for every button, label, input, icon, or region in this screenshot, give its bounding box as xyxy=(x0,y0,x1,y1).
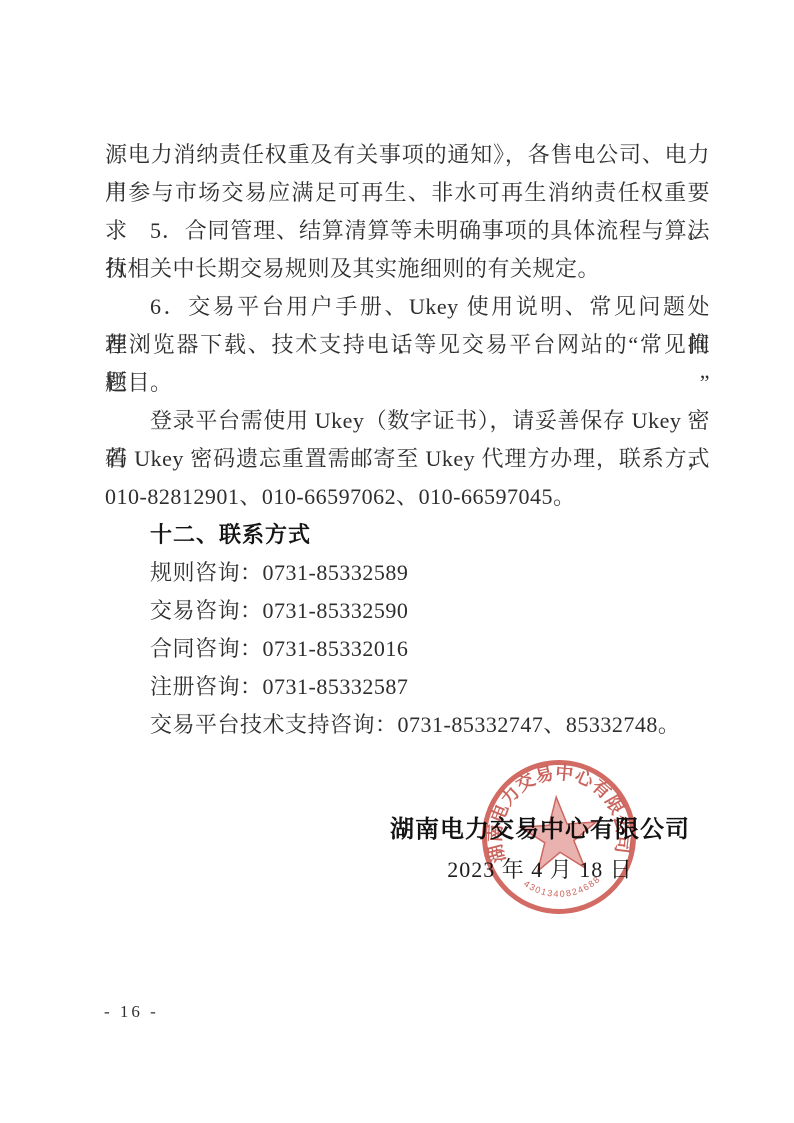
contact-line-contract: 合同咨询：0731-85332016 xyxy=(105,630,710,668)
body-line: 010-82812901、010-66597062、010-66597045。 xyxy=(105,478,710,516)
body-line: 源电力消纳责任权重及有关事项的通知》，各售电公司、电力用 xyxy=(105,136,710,174)
contact-line-register: 注册咨询：0731-85332587 xyxy=(105,668,710,706)
body-line: 5．合同管理、结算清算等未明确事项的具体流程与算法执 xyxy=(105,212,710,250)
document-body: 源电力消纳责任权重及有关事项的通知》，各售电公司、电力用 户参与市场交易应满足可… xyxy=(105,136,710,744)
body-line: 荐浏览器下载、技术支持电话等见交易平台网站的“常见问题” xyxy=(105,326,710,364)
company-seal-stamp: 湖南电力交易中心有限公司 4301340824688 xyxy=(468,746,649,927)
body-line: 户参与市场交易应满足可再生、非水可再生消纳责任权重要求。 xyxy=(105,174,710,212)
body-line: 6．交易平台用户手册、Ukey 使用说明、常见问题处理、推 xyxy=(105,288,710,326)
contact-line-rules: 规则咨询：0731-85332589 xyxy=(105,554,710,592)
body-line: 若 Ukey 密码遗忘重置需邮寄至 Ukey 代理方办理，联系方式 xyxy=(105,440,710,478)
page-number: - 16 - xyxy=(104,1001,159,1023)
contact-line-tech-support: 交易平台技术支持咨询：0731-85332747、85332748。 xyxy=(105,706,710,744)
stamp-code-text: 4301340824688 xyxy=(521,873,603,901)
svg-text:4301340824688: 4301340824688 xyxy=(521,873,603,901)
body-line: 行相关中长期交易规则及其实施细则的有关规定。 xyxy=(105,250,710,288)
document-page: 源电力消纳责任权重及有关事项的通知》，各售电公司、电力用 户参与市场交易应满足可… xyxy=(0,0,794,1123)
star-icon xyxy=(518,794,599,872)
contact-line-trading: 交易咨询：0731-85332590 xyxy=(105,592,710,630)
section-heading-contact: 十二、联系方式 xyxy=(105,516,710,554)
body-line: 登录平台需使用 Ukey（数字证书），请妥善保存 Ukey 密码， xyxy=(105,402,710,440)
